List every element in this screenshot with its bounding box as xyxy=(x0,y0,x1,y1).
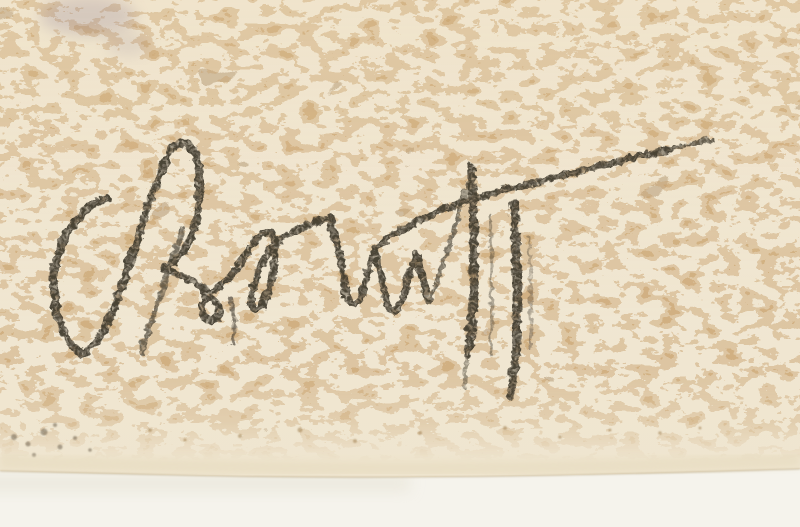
speckle-texture xyxy=(0,0,800,482)
signature-scratch-a xyxy=(488,214,490,352)
signature-photo xyxy=(0,0,800,527)
photo-frame xyxy=(0,0,800,527)
